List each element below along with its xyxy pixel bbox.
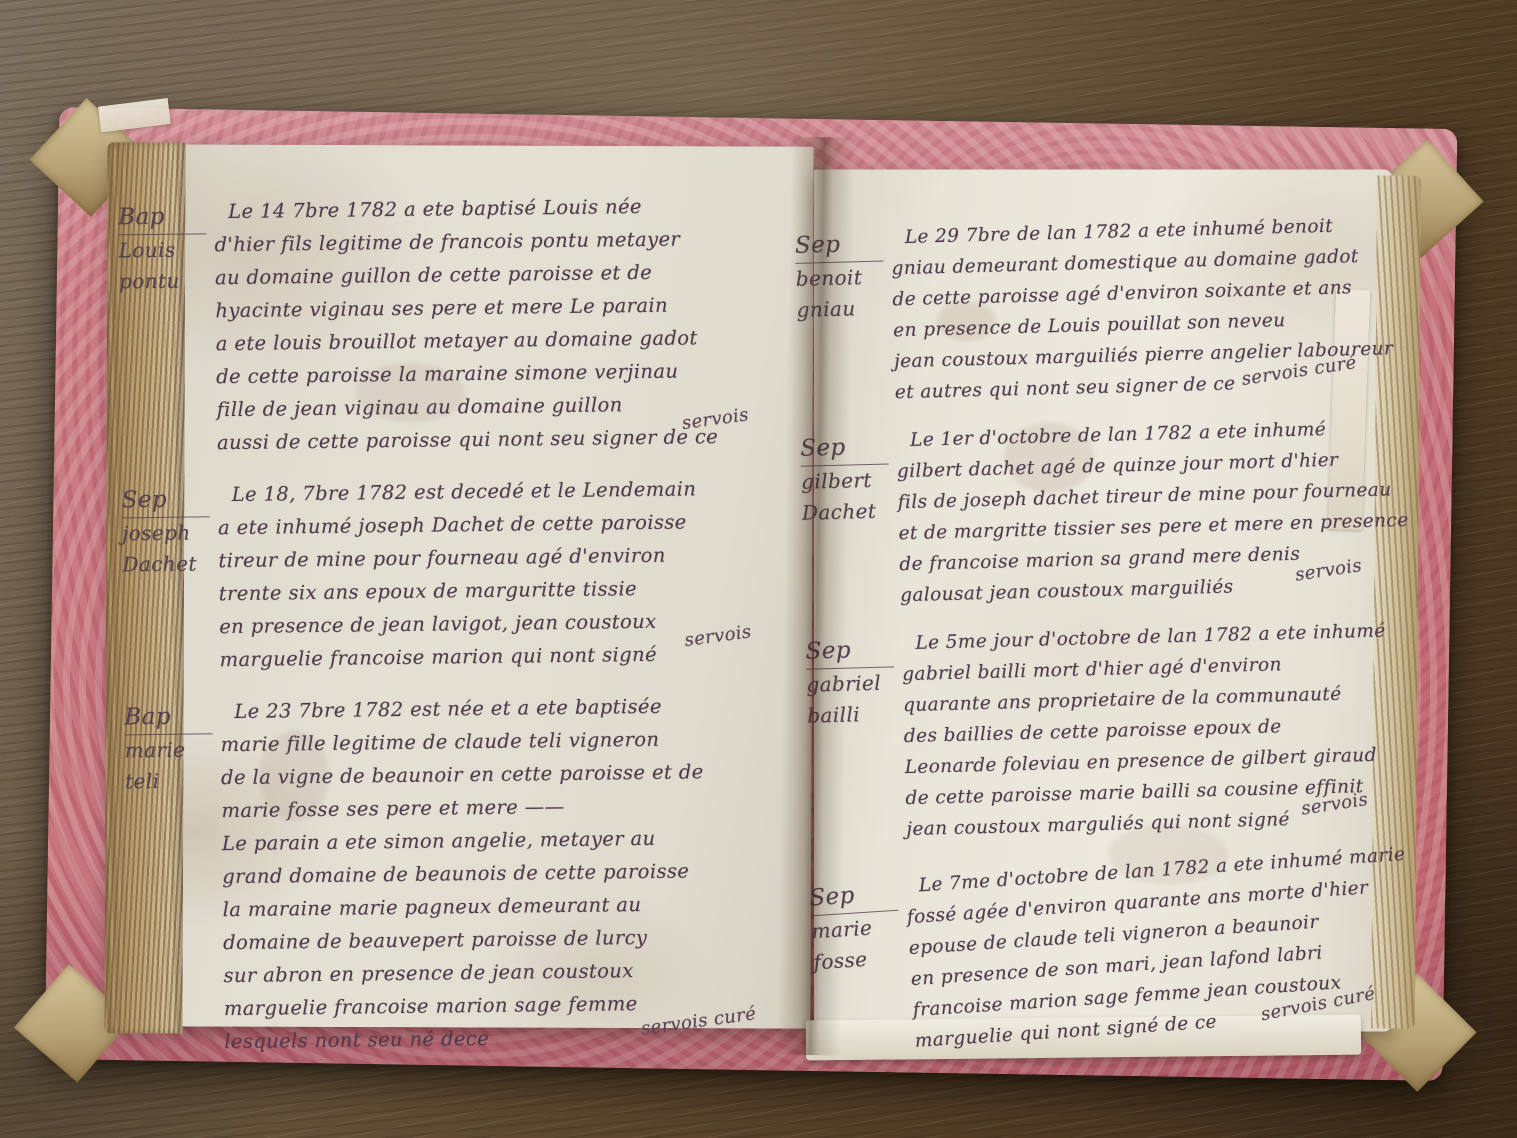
right-page-fore-edge [1371,175,1421,1029]
entry-line: a ete inhumé joseph Dachet de cette paro… [218,505,758,545]
register-entry: SepjosephDachetLe 18, 7bre 1782 est dece… [217,472,759,682]
left-page-handwritten-entries: BapLouispontuLe 14 7bre 1782 a ete bapti… [214,189,765,1078]
margin-word: Sep [122,484,210,518]
entry-body: Le 23 7bre 1782 est née et a ete baptisé… [220,689,764,1059]
register-entry: SepgilbertDachetLe 1er d'octobre de lan … [896,413,1371,616]
margin-word: Dachet [122,548,210,580]
entry-margin-label: SepjosephDachet [122,484,211,580]
register-entry: SepbenoitgniauLe 29 7bre de lan 1782 a e… [890,210,1365,413]
margin-word: Bap [124,701,212,735]
entry-line: grand domaine de beaunois de cette paroi… [222,854,762,894]
margin-word: teli [125,765,213,797]
margin-word: Louis [118,234,206,266]
entry-line: d'hier fils legitime de francois pontu m… [214,222,754,262]
right-page-handwritten-entries: SepbenoitgniauLe 29 7bre de lan 1782 a e… [890,210,1382,1065]
margin-word: marie [125,734,213,766]
entry-body: Le 7me d'octobre de lan 1782 a ete inhum… [904,841,1385,1057]
margin-word: joseph [122,517,210,549]
entry-margin-label: Bapmarieteli [124,701,213,797]
register-entry: SepmariefosseLe 7me d'octobre de lan 178… [904,841,1385,1062]
register-entry: BapmarieteliLe 23 7bre 1782 est née et a… [220,689,764,1064]
register-entry: BapLouispontuLe 14 7bre 1782 a ete bapti… [214,189,757,465]
margin-word: pontu [119,265,207,297]
entry-margin-label: BapLouispontu [118,201,207,297]
entry-line: de la vigne de beaunoir en cette paroiss… [221,755,761,795]
open-register-book: BapLouispontuLe 14 7bre 1782 a ete bapti… [45,107,1458,1081]
register-entry: SepgabrielbailliLe 5me jour d'octobre de… [901,616,1377,850]
margin-word: Bap [118,201,206,235]
entry-line: de cette paroisse la maraine simone verj… [216,354,756,394]
